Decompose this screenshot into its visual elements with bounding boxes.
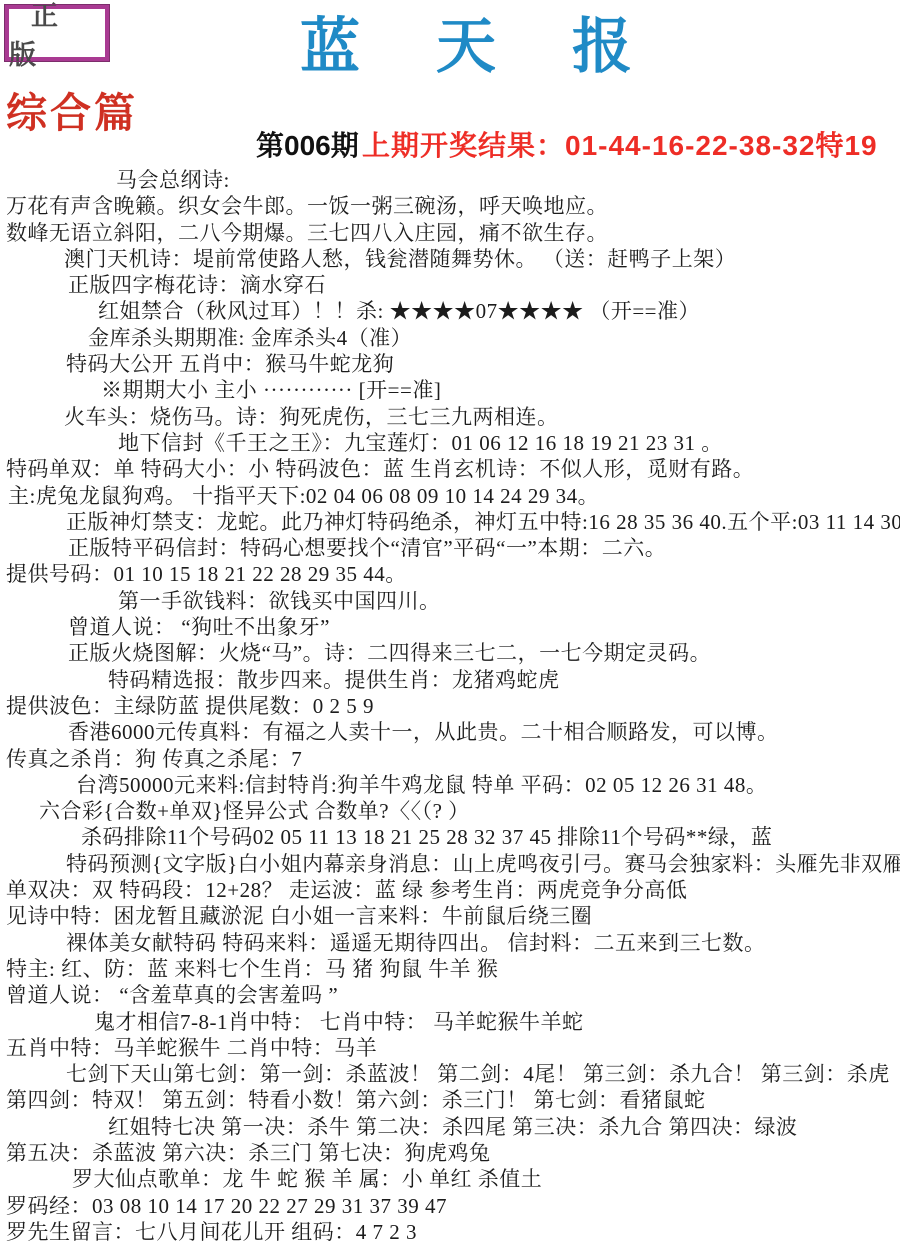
text-line: 杀码排除11个号码02 05 11 13 18 21 25 28 32 37 4… [6, 824, 898, 850]
text-line: 曾道人说： “含羞草真的会害羞吗 ” [6, 982, 898, 1008]
text-line: 特码单双：单 特码大小：小 特码波色：蓝 生肖玄机诗：不似人形，觅财有路。 [6, 456, 898, 482]
text-line: 主:虎兔龙鼠狗鸡。 十指平天下:02 04 06 08 09 10 14 24 … [6, 483, 898, 509]
text-line: 红姐禁合（秋风过耳）！！杀: ★★★★07★★★★ （开==准） [6, 298, 898, 324]
text-line: 特码精选报：散步四来。提供生肖：龙猪鸡蛇虎 [6, 667, 898, 693]
text-line: 五肖中特：马羊蛇猴牛 二肖中特：马羊 [6, 1035, 898, 1061]
text-line: 万花有声含晚籁。织女会牛郎。一饭一粥三碗汤，呼天唤地应。 [6, 193, 898, 219]
text-line: 第一手欲钱料：欲钱买中国四川。 [6, 588, 898, 614]
text-line: 正版神灯禁支：龙蛇。此乃神灯特码绝杀，神灯五中特:16 28 35 36 40.… [6, 509, 898, 535]
text-line: 七剑下天山第七剑：第一剑：杀蓝波！ 第二剑：4尾！ 第三剑：杀九合！ 第三剑：杀… [6, 1061, 898, 1087]
text-line: 六合彩{合数+单双}怪异公式 合数单?〈〈（? ） [6, 798, 898, 824]
text-line: 正版四字梅花诗：滴水穿石 [6, 272, 898, 298]
text-line: 提供号码：01 10 15 18 21 22 28 29 35 44。 [6, 561, 898, 587]
body-text: 马会总纲诗: 万花有声含晚籁。织女会牛郎。一饭一粥三碗汤，呼天唤地应。 数峰无语… [6, 167, 898, 1243]
last-draw-result: 上期开奖结果：01-44-16-22-38-32特19 [362, 124, 878, 164]
text-line: 鬼才相信7-8-1肖中特： 七肖中特： 马羊蛇猴牛羊蛇 [6, 1009, 898, 1035]
document-page: { "header": { "badge": "正版", "title": "蓝… [0, 0, 900, 1243]
text-line: 红姐特七决 第一决：杀牛 第二决：杀四尾 第三决：杀九合 第四决：绿波 [6, 1114, 898, 1140]
text-line: ※期期大小 主小 ············ [开==准] [6, 377, 898, 403]
authentic-badge: 正版 [5, 5, 109, 61]
text-line: 数峰无语立斜阳，二八今期爆。三七四八入庄园，痛不欲生存。 [6, 220, 898, 246]
text-line: 提供波色：主绿防蓝 提供尾数：0 2 5 9 [6, 693, 898, 719]
text-line: 第五决：杀蓝波 第六决：杀三门 第七决：狗虎鸡兔 [6, 1140, 898, 1166]
text-line: 裸体美女献特码 特码来料：遥遥无期待四出。 信封料：二五来到三七数。 [6, 930, 898, 956]
text-line: 金库杀头期期准: 金库杀头4（准） [6, 325, 898, 351]
text-line: 澳门天机诗：堤前常使路人愁，钱瓮潜随舞势休。 （送：赶鸭子上架） [6, 246, 898, 272]
text-line: 台湾50000元来料:信封特肖:狗羊牛鸡龙鼠 特单 平码：02 05 12 26… [6, 772, 898, 798]
text-line: 曾道人说： “狗吐不出象牙” [6, 614, 898, 640]
text-line: 罗先生留言：七八月间花儿开 组码：4 7 2 3 [6, 1219, 898, 1243]
newspaper-title: 蓝天报 [300, 14, 860, 80]
text-line: 第四剑：特双！ 第五剑：特看小数！第六剑：杀三门！ 第七剑：看猪鼠蛇 [6, 1087, 898, 1113]
text-line: 火车头：烧伤马。诗：狗死虎伤，三七三九两相连。 [6, 404, 898, 430]
text-line: 特码预测{文字版}白小姐内幕亲身消息：山上虎鸣夜引弓。赛马会独家料：头雁先非双雁… [6, 851, 898, 877]
text-line: 罗码经：03 08 10 14 17 20 22 27 29 31 37 39 … [6, 1193, 898, 1219]
text-line: 香港6000元传真料：有福之人卖十一，从此贵。二十相合顺路发，可以博。 [6, 719, 898, 745]
text-line: 马会总纲诗: [6, 167, 898, 193]
text-line: 特码大公开 五肖中：猴马牛蛇龙狗 [6, 351, 898, 377]
text-line: 特主: 红、防：蓝 来料七个生肖：马 猪 狗鼠 牛羊 猴 [6, 956, 898, 982]
text-line: 传真之杀肖：狗 传真之杀尾：7 [6, 746, 898, 772]
issue-row: 第006期 上期开奖结果：01-44-16-22-38-32特19 [0, 124, 900, 158]
text-line: 地下信封《千王之王》：九宝莲灯：01 06 12 16 18 19 21 23 … [6, 430, 898, 456]
text-line: 罗大仙点歌单：龙 牛 蛇 猴 羊 属：小 单红 杀值土 [6, 1166, 898, 1192]
text-line: 单双决：双 特码段：12+28？ 走运波：蓝 绿 参考生肖：两虎竞争分高低 [6, 877, 898, 903]
text-line: 正版火烧图解：火烧“马”。诗：二四得来三七二，一七今期定灵码。 [6, 640, 898, 666]
issue-number: 第006期 [256, 124, 359, 164]
text-line: 见诗中特：困龙暂且藏淤泥 白小姐一言来料：牛前鼠后绕三圈 [6, 903, 898, 929]
text-line: 正版特平码信封：特码心想要找个“清官”平码“一”本期：二六。 [6, 535, 898, 561]
